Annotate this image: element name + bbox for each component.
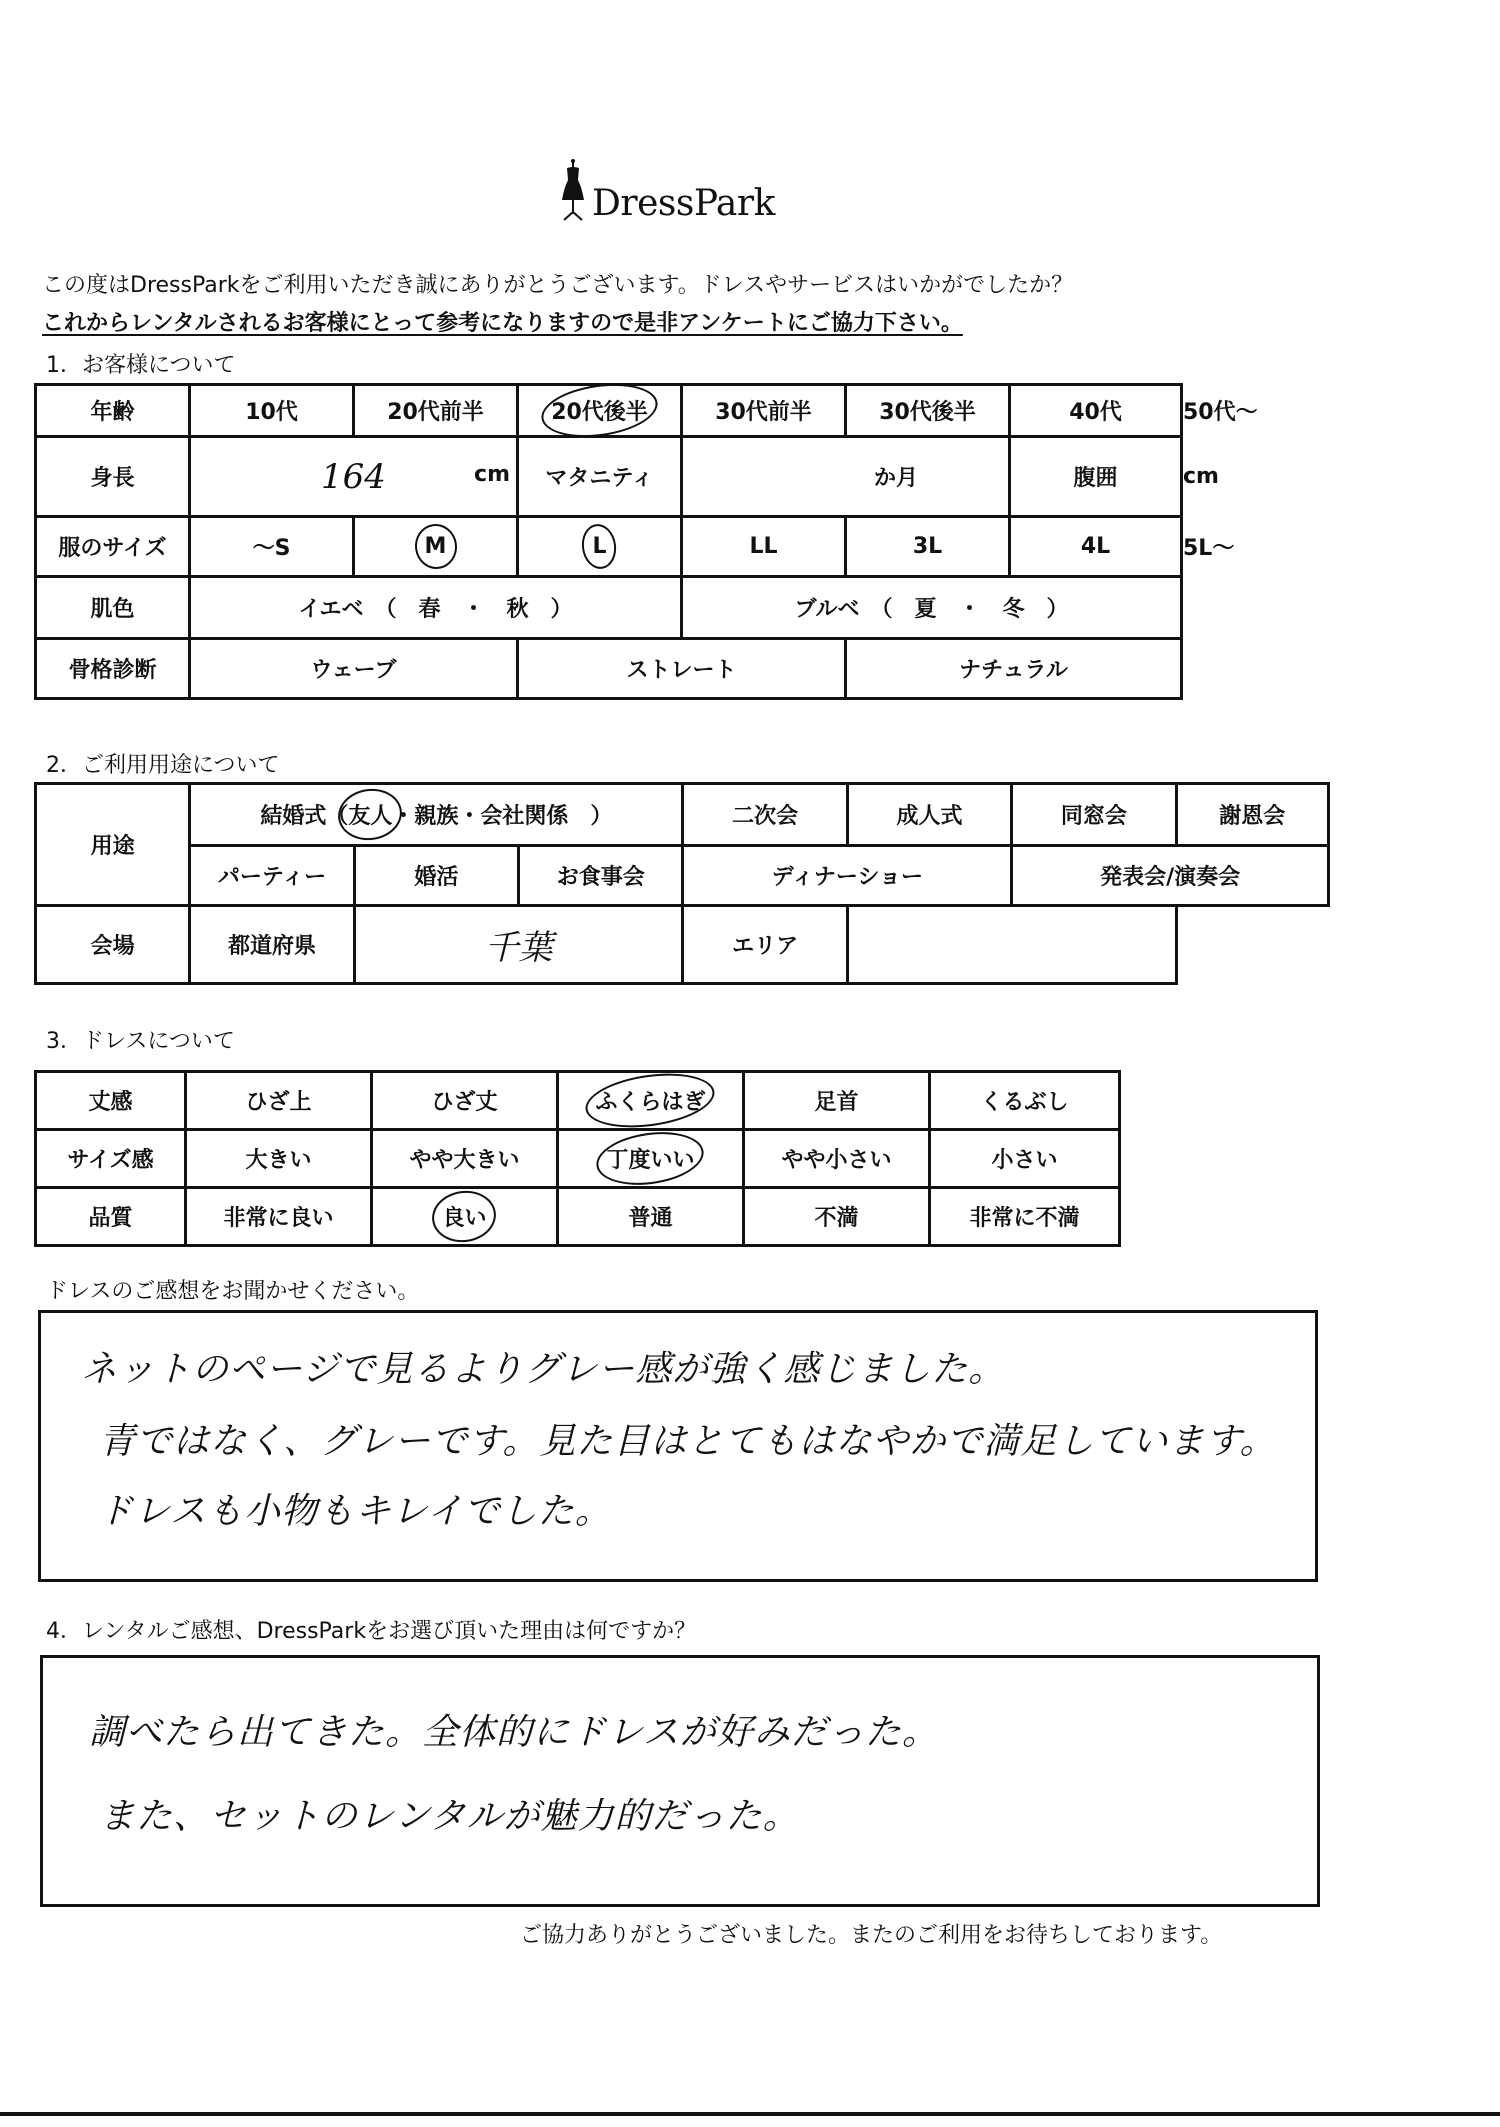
- fit-row: サイズ感 大きい やや大きい 丁度いい やや小さい 小さい: [36, 1130, 1120, 1188]
- usage-table: 用途 結婚式（友人・親族・会社関係 ） 二次会 成人式 同窓会 謝恩会 パーティ…: [34, 782, 1330, 985]
- dress-mannequin-icon: [560, 158, 586, 222]
- usage-option[interactable]: 発表会/演奏会: [1012, 846, 1329, 906]
- usage-option[interactable]: 同窓会: [1012, 784, 1176, 846]
- wedding-option[interactable]: 結婚式（友人・親族・会社関係 ）: [190, 784, 683, 846]
- wedding-suffix: ・親族・会社関係 ）: [392, 804, 612, 829]
- fit-option-selected[interactable]: 丁度いい: [558, 1130, 744, 1188]
- skin-row: 肌色 イエベ （ 春 ・ 秋 ） ブルベ （ 夏 ・ 冬 ）: [36, 577, 1182, 639]
- selection-circle: 友人: [348, 799, 392, 830]
- height-field[interactable]: 164 cm: [190, 437, 518, 517]
- usage-option[interactable]: パーティー: [190, 846, 354, 906]
- height-unit: cm: [474, 462, 510, 487]
- height-label: 身長: [36, 437, 190, 517]
- area-field[interactable]: [847, 906, 1176, 984]
- age-option[interactable]: 40代: [1010, 385, 1182, 437]
- usage-option[interactable]: ディナーショー: [683, 846, 1012, 906]
- length-option[interactable]: ひざ上: [186, 1072, 372, 1130]
- skin-label: 肌色: [36, 577, 190, 639]
- length-option-selected[interactable]: ふくらはぎ: [558, 1072, 744, 1130]
- height-row: 身長 164 cm マタニティ か月 腹囲 cm: [36, 437, 1182, 517]
- maternity-label: マタニティ: [518, 437, 682, 517]
- waist-unit: cm: [1183, 464, 1219, 489]
- skin-option-yellow[interactable]: イエベ （ 春 ・ 秋 ）: [190, 577, 682, 639]
- size-option[interactable]: ～S: [190, 517, 354, 577]
- quality-option-selected[interactable]: 良い: [372, 1188, 558, 1246]
- intro-line-2: これからレンタルされるお客様にとって参考になりますので是非アンケートにご協力下さ…: [42, 306, 963, 337]
- fit-option[interactable]: 小さい: [930, 1130, 1120, 1188]
- selection-circle: ふくらはぎ: [595, 1085, 705, 1116]
- section-4-title: 4．レンタルご感想、DressParkをお選び頂いた理由は何ですか？: [46, 1614, 696, 1645]
- size-option-selected[interactable]: M: [354, 517, 518, 577]
- page-bottom-border: [0, 2112, 1500, 2116]
- length-row: 丈感 ひざ上 ひざ丈 ふくらはぎ 足首 くるぶし: [36, 1072, 1120, 1130]
- months-unit: か月: [874, 466, 918, 491]
- usage-option[interactable]: 二次会: [683, 784, 847, 846]
- waist-label: 腹囲: [1010, 437, 1182, 517]
- selection-circle: 良い: [442, 1201, 486, 1232]
- prefecture-value: 千葉: [485, 928, 553, 968]
- comment-line: ドレスも小物もキレイでした。: [97, 1483, 612, 1534]
- intro-line-1: この度はDressParkをご利用いただき誠にありがとうございます。ドレスやサー…: [42, 268, 1073, 299]
- skin-option-blue[interactable]: ブルベ （ 夏 ・ 冬 ）: [682, 577, 1182, 639]
- usage-option[interactable]: 婚活: [354, 846, 518, 906]
- frame-row: 骨格診断 ウェーブ ストレート ナチュラル: [36, 639, 1182, 699]
- size-label: 服のサイズ: [36, 517, 190, 577]
- fit-option[interactable]: やや小さい: [744, 1130, 930, 1188]
- comment-line: ネットのページで見るよりグレー感が強く感じました。: [81, 1341, 1005, 1392]
- reason-answer-box[interactable]: 調べたら出てきた。全体的にドレスが好みだった。 また、セットのレンタルが魅力的だ…: [40, 1655, 1320, 1907]
- size-option[interactable]: 3L: [846, 517, 1010, 577]
- quality-row: 品質 非常に良い 良い 普通 不満 非常に不満: [36, 1188, 1120, 1246]
- age-option[interactable]: 30代前半: [682, 385, 846, 437]
- selection-circle: 20代後半: [551, 395, 648, 426]
- usage-option[interactable]: 成人式: [847, 784, 1011, 846]
- section-2-title: 2．ご利用用途について: [46, 748, 280, 779]
- quality-option[interactable]: 非常に良い: [186, 1188, 372, 1246]
- usage-option[interactable]: 謝恩会: [1176, 784, 1328, 846]
- frame-option-natural[interactable]: ナチュラル: [846, 639, 1182, 699]
- size-option[interactable]: 4L: [1010, 517, 1182, 577]
- length-option[interactable]: くるぶし: [930, 1072, 1120, 1130]
- quality-option[interactable]: 不満: [744, 1188, 930, 1246]
- thanks-message: ご協力ありがとうございました。またのご利用をお待ちしております。: [520, 1918, 1222, 1949]
- maternity-months-field[interactable]: か月: [682, 437, 1010, 517]
- age-option[interactable]: 20代前半: [354, 385, 518, 437]
- quality-option[interactable]: 普通: [558, 1188, 744, 1246]
- size-option[interactable]: LL: [682, 517, 846, 577]
- usage-row-1: 用途 結婚式（友人・親族・会社関係 ） 二次会 成人式 同窓会 謝恩会: [36, 784, 1329, 846]
- brand-name: DressPark: [592, 186, 775, 222]
- venue-label: 会場: [36, 906, 190, 984]
- prefecture-label: 都道府県: [190, 906, 354, 984]
- age-option[interactable]: 10代: [190, 385, 354, 437]
- frame-label: 骨格診断: [36, 639, 190, 699]
- age-label: 年齢: [36, 385, 190, 437]
- age-option-selected[interactable]: 20代後半: [518, 385, 682, 437]
- area-label: エリア: [683, 906, 847, 984]
- venue-row: 会場 都道府県 千葉 エリア: [36, 906, 1329, 984]
- size-row: 服のサイズ ～S M L LL 3L 4L 5L～: [36, 517, 1182, 577]
- section-3-title: 3．ドレスについて: [46, 1024, 235, 1055]
- answer-line: 調べたら出てきた。全体的にドレスが好みだった。: [89, 1704, 939, 1755]
- answer-line: また、セットのレンタルが魅力的だった。: [99, 1788, 800, 1839]
- dress-comment-prompt: ドレスのご感想をお聞かせください。: [46, 1274, 419, 1305]
- section-1-title: 1．お客様について: [46, 348, 236, 379]
- fit-option[interactable]: 大きい: [186, 1130, 372, 1188]
- comment-line: 青ではなく、グレーです。見た目はとてもはなやかで満足しています。: [99, 1413, 1277, 1464]
- fit-label: サイズ感: [36, 1130, 186, 1188]
- age-option[interactable]: 30代後半: [846, 385, 1010, 437]
- usage-row-2: パーティー 婚活 お食事会 ディナーショー 発表会/演奏会: [36, 846, 1329, 906]
- purpose-label: 用途: [36, 784, 190, 906]
- brand-logo: DressPark: [560, 158, 775, 222]
- size-option-selected[interactable]: L: [518, 517, 682, 577]
- selection-circle: L: [592, 534, 606, 559]
- height-value: 164: [321, 457, 386, 497]
- quality-label: 品質: [36, 1188, 186, 1246]
- fit-option[interactable]: やや大きい: [372, 1130, 558, 1188]
- wedding-prefix: 結婚式（: [260, 804, 348, 829]
- usage-option[interactable]: お食事会: [519, 846, 683, 906]
- customer-info-table: 年齢 10代 20代前半 20代後半 30代前半 30代後半 40代 50代～ …: [34, 383, 1183, 700]
- frame-option-wave[interactable]: ウェーブ: [190, 639, 518, 699]
- frame-option-straight[interactable]: ストレート: [518, 639, 846, 699]
- dress-table: 丈感 ひざ上 ひざ丈 ふくらはぎ 足首 くるぶし サイズ感 大きい やや大きい …: [34, 1070, 1121, 1247]
- prefecture-field[interactable]: 千葉: [354, 906, 683, 984]
- quality-option[interactable]: 非常に不満: [930, 1188, 1120, 1246]
- selection-circle: M: [425, 534, 447, 559]
- selection-circle: 丁度いい: [606, 1143, 694, 1174]
- length-option[interactable]: ひざ丈: [372, 1072, 558, 1130]
- length-option[interactable]: 足首: [744, 1072, 930, 1130]
- age-row: 年齢 10代 20代前半 20代後半 30代前半 30代後半 40代 50代～: [36, 385, 1182, 437]
- dress-comment-box[interactable]: ネットのページで見るよりグレー感が強く感じました。 青ではなく、グレーです。見た…: [38, 1310, 1318, 1582]
- length-label: 丈感: [36, 1072, 186, 1130]
